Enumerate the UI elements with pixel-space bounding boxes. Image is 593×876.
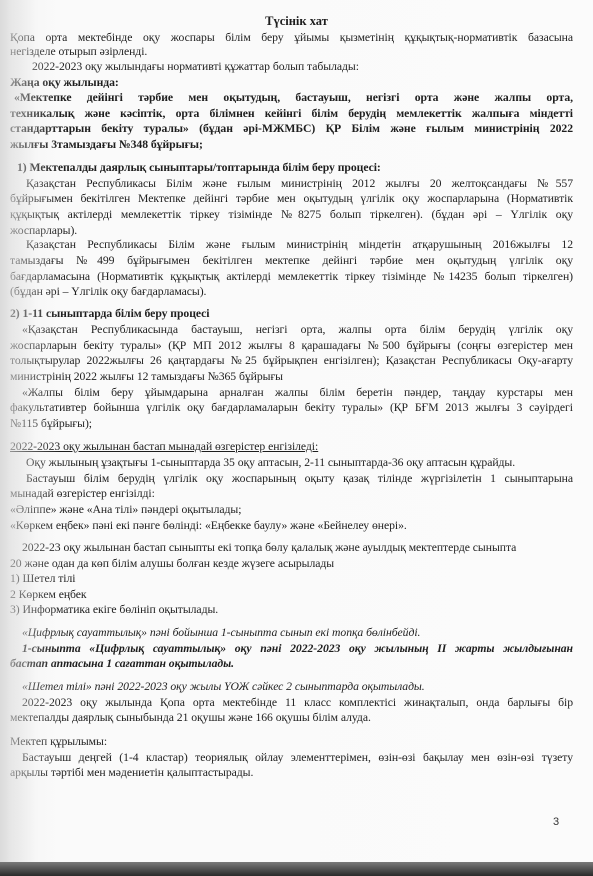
text-line: мынадай өзгерістер енгізілді: [10,487,310,501]
document-page: Түсінік хат Қопа орта мектебінде оқу жос… [0,0,593,862]
text-line: 1) Шетел тілі [10,572,210,586]
text-line: тамыздағы №499 бұйрығымен бекітілген мек… [10,254,573,268]
text-line: «Шетел тілі» пәні 2022-2023 оқу жылы ҮОЖ… [22,680,492,694]
page-number: 3 [553,816,559,828]
text-line: жоспарлары). [10,224,210,238]
text-line: №115 бұйрығы); [10,417,210,431]
text-line: бастап аптасына 1 сағаттан оқытылады. [10,657,310,671]
text-line: «Жалпы білім беру ұйымдарына арналған жа… [22,386,573,400]
text-line: «Қазақстан Республикасында бастауыш, нег… [22,323,573,337]
text-line: факультативтер бойынша үлгілік оқу бағда… [10,401,573,415]
text-line: арқылы тәртібі мен мәдениетін қалыптасты… [10,766,410,780]
text-line: министрінің 2022 жылғы 12 тамыздағы №365… [10,370,310,384]
text-line: 20 және одан да көп білім алушы болған к… [10,557,410,571]
text-line: «Цифрлық сауаттылық» пәні бойынша 1-сыны… [22,626,472,640]
text-line: Қазақстан Республикасы Білім және ғылым … [26,238,573,252]
text-line: 1) Мектепалды даярлық сыныптары/топтарын… [17,161,417,175]
text-line: Қазақстан Республикасы Білім және ғылым … [26,177,573,191]
text-line: (бұдан әрі – Үлгілік оқу бағдарламасы). [10,285,310,299]
text-line: толықтырулар 2022жылғы 26 қаңтардағы №25… [10,354,573,368]
text-line: 2022-2023 оқу жылында Қопа орта мектебін… [22,696,573,710]
text-line: «Көркем еңбек» пәні екі пәнге бөлінді: «… [10,519,460,533]
text-line: бұйрығымен бекітілген Мектепке дейінгі т… [10,192,573,206]
text-line: техникалық және кәсіптік, орта білімнен … [10,107,573,121]
text-line: негізделе отырып әзірленді. [10,45,310,59]
text-line: 1-сыныпта «Цифрлық сауаттылық» оқу пәні … [22,642,573,656]
scan-bottom-edge [0,862,593,876]
text-line: стандарттарын бекіту туралы» (бұдан әрі-… [10,122,573,136]
text-line: 2) 1-11 сыныптарда білім беру процесі [10,307,310,321]
text-line: мектепалды даярлық сыныбында 21 оқушы жә… [10,711,460,725]
document-title: Түсінік хат [0,14,593,29]
text-line: Оқу жылының ұзақтығы 1-сыныптарда 35 оқу… [26,456,586,470]
text-line: Мектеп құрылымы: [10,735,210,749]
text-line: жоспарларын бекіту туралы» (ҚР МП 2012 ж… [10,339,573,353]
text-line: «Әліппе» және «Ана тілі» пәндері оқытыла… [10,503,310,517]
text-line: Жаңа оқу жылында: [10,76,210,90]
text-line: 3) Информатика екіге бөлініп оқытылады. [10,603,310,617]
text-line: 2022-2023 оқу жылындағы нормативті құжат… [32,60,332,74]
text-line: бағдарламасына (Нормативтік құқықтық акт… [10,270,573,284]
text-line: жылғы 3тамыздағы №348 бұйрығы; [10,138,310,152]
text-line: 2 Көркем еңбек [10,588,210,602]
text-line: Бастауыш білім берудің үлгілік оқу жоспа… [26,472,573,486]
text-line: Қопа орта мектебінде оқу жоспары білім б… [10,31,573,45]
text-line: Бастауыш деңгей (1-4 кластар) теориялық … [22,751,573,765]
text-line: 2022-23 оқу жылынан бастап сыныпты екі т… [22,541,582,555]
text-line: 2022-2023 оқу жылынан бастап мынадай өзг… [10,440,410,454]
text-line: «Мектепке дейінгі тәрбие мен оқытудың, б… [14,91,573,105]
text-line: құқықтық актілерді мемлекеттік тіркеу ті… [10,208,573,222]
